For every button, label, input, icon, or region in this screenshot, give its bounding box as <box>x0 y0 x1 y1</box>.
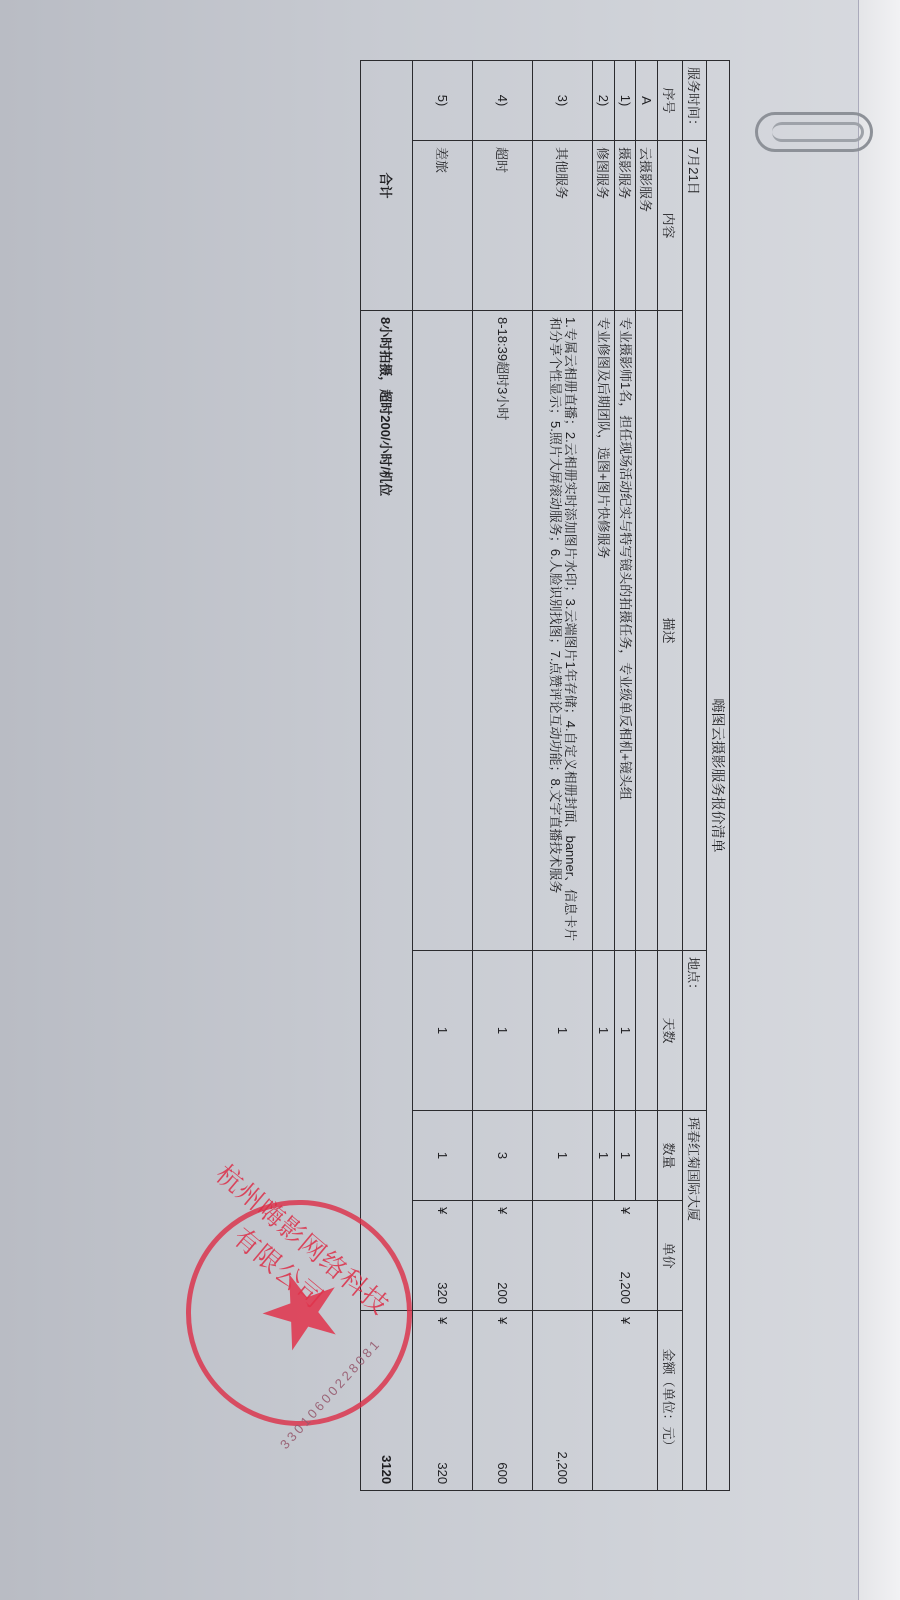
row-content: 摄影服务 <box>614 141 636 311</box>
row-no: 4) <box>472 61 532 141</box>
table-row: 3) 其他服务 1.专属云相册直播；2.云相册实时添加图片水印；3.云端图片1年… <box>533 61 593 1491</box>
row-days: 1 <box>472 951 532 1111</box>
currency-symbol: ¥ <box>618 1207 633 1214</box>
row-content: 超时 <box>472 141 532 311</box>
unit-price-value: 200 <box>495 1282 510 1304</box>
unit-price-value: 2,200 <box>618 1271 633 1304</box>
row-amount: ¥320 <box>412 1311 472 1491</box>
col-amount: 金额（单位：元） <box>657 1311 682 1491</box>
document-title: 嗨图云摄影服务报价清单 <box>707 61 730 1491</box>
row-days: 1 <box>533 951 593 1111</box>
row-unit-price <box>533 1201 593 1311</box>
row-description <box>636 311 658 951</box>
row-description: 专业摄影师1名，担任现场活动纪实与特写镜头的拍摄任务，专业级单反相机+镜头组 <box>614 311 636 951</box>
quote-sheet: 嗨图云摄影服务报价清单 服务时间： 7月21日 地点： 珲春红菊国际大厦 序号 … <box>360 60 730 1490</box>
total-note: 8小时拍摄，超时200/小时/机位 <box>361 311 413 1311</box>
currency-symbol: ¥ <box>435 1317 450 1324</box>
row-no: 5) <box>412 61 472 141</box>
row-no: A <box>636 61 658 141</box>
row-no: 1) <box>614 61 636 141</box>
row-quantity: 1 <box>412 1111 472 1201</box>
row-quantity: 1 <box>593 1111 615 1201</box>
amount-value: 320 <box>435 1462 450 1484</box>
quote-table: 嗨图云摄影服务报价清单 服务时间： 7月21日 地点： 珲春红菊国际大厦 序号 … <box>360 60 730 1491</box>
row-days <box>636 951 658 1111</box>
total-label: 合计 <box>361 61 413 311</box>
unit-price-value: 320 <box>435 1282 450 1304</box>
service-time-label: 服务时间： <box>682 61 707 141</box>
currency-symbol: ¥ <box>495 1317 510 1324</box>
currency-symbol: ¥ <box>495 1207 510 1214</box>
row-content: 修图服务 <box>593 141 615 311</box>
service-date: 7月21日 <box>682 141 707 951</box>
currency-symbol: ¥ <box>618 1317 633 1324</box>
row-description: 8-18:39超时3小时 <box>472 311 532 951</box>
row-quantity: 1 <box>533 1111 593 1201</box>
paper-edge <box>858 0 900 1600</box>
col-content: 内容 <box>657 141 682 311</box>
row-unit-price: ¥2,200 <box>593 1201 658 1311</box>
row-quantity: 3 <box>472 1111 532 1201</box>
row-content: 云摄影服务 <box>636 141 658 311</box>
location-value: 珲春红菊国际大厦 <box>682 1111 707 1491</box>
row-days: 1 <box>412 951 472 1111</box>
row-unit-price: ¥200 <box>472 1201 532 1311</box>
table-row: 5) 差旅 1 1 ¥320 ¥320 <box>412 61 472 1491</box>
row-days: 1 <box>593 951 615 1111</box>
table-row: 4) 超时 8-18:39超时3小时 1 3 ¥200 ¥600 <box>472 61 532 1491</box>
location-label: 地点： <box>682 951 707 1111</box>
row-unit-price: ¥320 <box>412 1201 472 1311</box>
col-no: 序号 <box>657 61 682 141</box>
row-description: 专业修图及后期团队，选图+图片快修服务 <box>593 311 615 951</box>
row-quantity <box>636 1111 658 1201</box>
row-quantity: 1 <box>614 1111 636 1201</box>
col-quantity: 数量 <box>657 1111 682 1201</box>
row-amount: 2,200 <box>533 1311 593 1491</box>
row-content: 差旅 <box>412 141 472 311</box>
amount-value: 600 <box>495 1462 510 1484</box>
col-description: 描述 <box>657 311 682 951</box>
table-row: A 云摄影服务 ¥2,200 ¥ <box>636 61 658 1491</box>
col-unit-price: 单价 <box>657 1201 682 1311</box>
row-no: 3) <box>533 61 593 141</box>
row-content: 其他服务 <box>533 141 593 311</box>
row-amount: ¥600 <box>472 1311 532 1491</box>
row-description <box>412 311 472 951</box>
row-days: 1 <box>614 951 636 1111</box>
paper-clip <box>755 112 873 152</box>
row-amount: ¥ <box>593 1311 658 1491</box>
col-days: 天数 <box>657 951 682 1111</box>
currency-symbol: ¥ <box>435 1207 450 1214</box>
row-description: 1.专属云相册直播；2.云相册实时添加图片水印；3.云端图片1年存储；4.自定义… <box>533 311 593 951</box>
row-no: 2) <box>593 61 615 141</box>
